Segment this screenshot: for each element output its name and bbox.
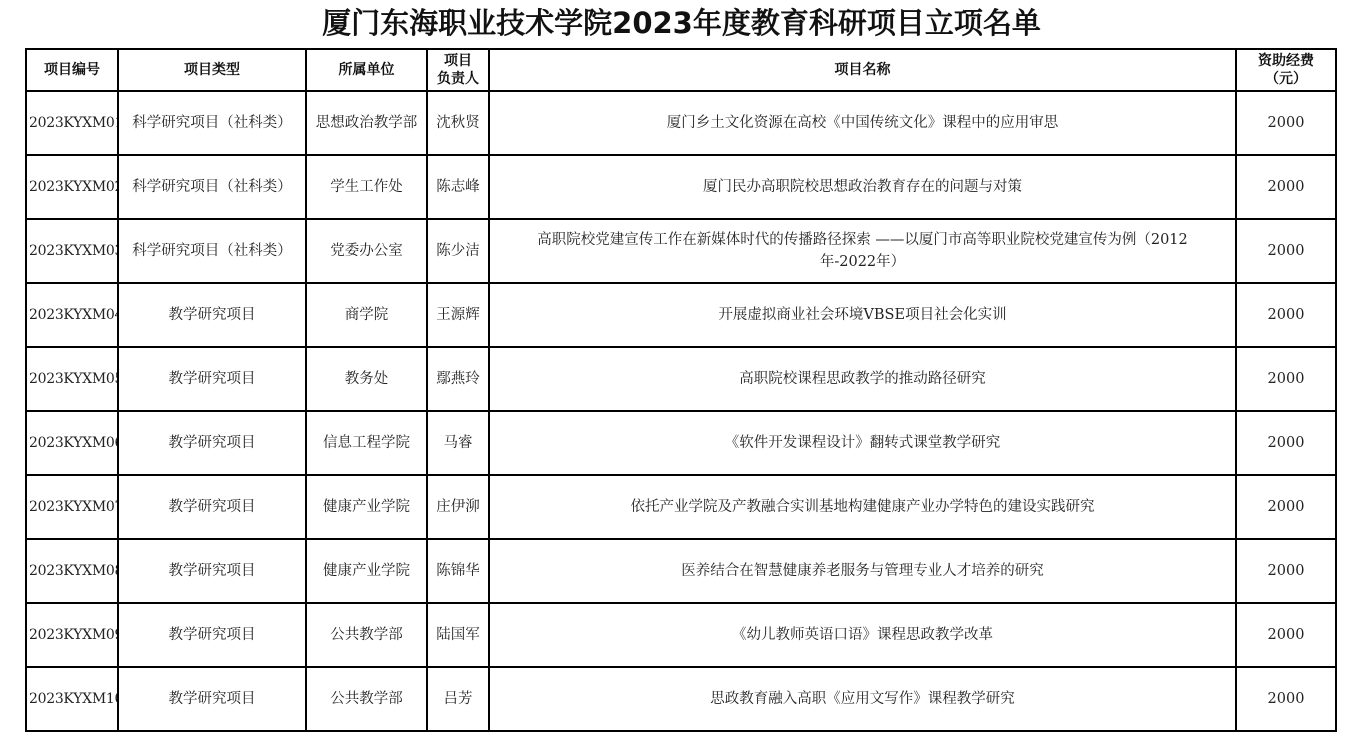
table-row: 2023KYXM07 教学研究项目 健康产业学院 庄伊泖 依托产业学院及产教融合…: [26, 475, 1336, 539]
cell-project-id: 2023KYXM09: [26, 603, 118, 667]
cell-project-id: 2023KYXM08: [26, 539, 118, 603]
cell-unit: 学生工作处: [306, 155, 427, 219]
cell-project-type: 教学研究项目: [118, 411, 306, 475]
cell-project-id: 2023KYXM04: [26, 283, 118, 347]
cell-project-name: 依托产业学院及产教融合实训基地构建健康产业办学特色的建设实践研究: [489, 475, 1236, 539]
table-row: 2023KYXM03 科学研究项目（社科类） 党委办公室 陈少洁 高职院校党建宣…: [26, 219, 1336, 283]
cell-unit: 公共教学部: [306, 603, 427, 667]
table-row: 2023KYXM08 教学研究项目 健康产业学院 陈锦华 医养结合在智慧健康养老…: [26, 539, 1336, 603]
cell-funding: 2000: [1236, 539, 1336, 603]
cell-project-name: 《软件开发课程设计》翻转式课堂教学研究: [489, 411, 1236, 475]
header-leader-line1: 项目: [444, 53, 472, 69]
cell-unit: 信息工程学院: [306, 411, 427, 475]
header-project-id: 项目编号: [26, 49, 118, 91]
cell-project-name: 《幼儿教师英语口语》课程思政教学改革: [489, 603, 1236, 667]
cell-leader: 吕芳: [427, 667, 489, 731]
table-row: 2023KYXM01 科学研究项目（社科类） 思想政治教学部 沈秋贤 厦门乡土文…: [26, 91, 1336, 155]
table-header-row: 项目编号 项目类型 所属单位 项目负责人 项目名称 资助经费（元）: [26, 49, 1336, 91]
cell-unit: 公共教学部: [306, 667, 427, 731]
cell-funding: 2000: [1236, 603, 1336, 667]
project-list-table: 项目编号 项目类型 所属单位 项目负责人 项目名称 资助经费（元） 2023KY…: [25, 48, 1337, 732]
cell-leader: 马睿: [427, 411, 489, 475]
cell-unit: 思想政治教学部: [306, 91, 427, 155]
cell-unit: 健康产业学院: [306, 539, 427, 603]
cell-funding: 2000: [1236, 347, 1336, 411]
header-leader-line2: 负责人: [437, 71, 479, 87]
cell-project-id: 2023KYXM01: [26, 91, 118, 155]
cell-project-name: 厦门民办高职院校思想政治教育存在的问题与对策: [489, 155, 1236, 219]
cell-funding: 2000: [1236, 155, 1336, 219]
cell-funding: 2000: [1236, 667, 1336, 731]
cell-project-name: 高职院校课程思政教学的推动路径研究: [489, 347, 1236, 411]
cell-leader: 陆国军: [427, 603, 489, 667]
cell-leader: 陈少洁: [427, 219, 489, 283]
cell-project-id: 2023KYXM07: [26, 475, 118, 539]
cell-project-id: 2023KYXM06: [26, 411, 118, 475]
cell-funding: 2000: [1236, 475, 1336, 539]
header-unit: 所属单位: [306, 49, 427, 91]
cell-unit: 党委办公室: [306, 219, 427, 283]
cell-leader: 王源辉: [427, 283, 489, 347]
cell-project-name: 高职院校党建宣传工作在新媒体时代的传播路径探索 ——以厦门市高等职业院校党建宣传…: [489, 219, 1236, 283]
cell-project-type: 科学研究项目（社科类）: [118, 219, 306, 283]
header-funding: 资助经费（元）: [1236, 49, 1336, 91]
cell-funding: 2000: [1236, 91, 1336, 155]
cell-project-type: 教学研究项目: [118, 667, 306, 731]
cell-project-name: 开展虚拟商业社会环境VBSE项目社会化实训: [489, 283, 1236, 347]
cell-project-id: 2023KYXM05: [26, 347, 118, 411]
cell-leader: 庄伊泖: [427, 475, 489, 539]
cell-project-type: 教学研究项目: [118, 603, 306, 667]
cell-project-type: 教学研究项目: [118, 475, 306, 539]
cell-project-name: 厦门乡土文化资源在高校《中国传统文化》课程中的应用审思: [489, 91, 1236, 155]
header-funding-line2: （元）: [1265, 71, 1307, 87]
cell-project-id: 2023KYXM10: [26, 667, 118, 731]
cell-leader: 鄢燕玲: [427, 347, 489, 411]
cell-project-type: 教学研究项目: [118, 539, 306, 603]
cell-project-id: 2023KYXM03: [26, 219, 118, 283]
cell-unit: 商学院: [306, 283, 427, 347]
cell-project-type: 教学研究项目: [118, 283, 306, 347]
cell-funding: 2000: [1236, 283, 1336, 347]
cell-leader: 陈锦华: [427, 539, 489, 603]
cell-project-id: 2023KYXM02: [26, 155, 118, 219]
header-project-type: 项目类型: [118, 49, 306, 91]
cell-project-name: 医养结合在智慧健康养老服务与管理专业人才培养的研究: [489, 539, 1236, 603]
table-row: 2023KYXM02 科学研究项目（社科类） 学生工作处 陈志峰 厦门民办高职院…: [26, 155, 1336, 219]
cell-funding: 2000: [1236, 219, 1336, 283]
cell-leader: 陈志峰: [427, 155, 489, 219]
cell-leader: 沈秋贤: [427, 91, 489, 155]
table-row: 2023KYXM10 教学研究项目 公共教学部 吕芳 思政教育融入高职《应用文写…: [26, 667, 1336, 731]
header-project-name: 项目名称: [489, 49, 1236, 91]
table-row: 2023KYXM05 教学研究项目 教务处 鄢燕玲 高职院校课程思政教学的推动路…: [26, 347, 1336, 411]
cell-project-name: 思政教育融入高职《应用文写作》课程教学研究: [489, 667, 1236, 731]
cell-unit: 健康产业学院: [306, 475, 427, 539]
cell-project-type: 科学研究项目（社科类）: [118, 91, 306, 155]
table-row: 2023KYXM09 教学研究项目 公共教学部 陆国军 《幼儿教师英语口语》课程…: [26, 603, 1336, 667]
document-title: 厦门东海职业技术学院2023年度教育科研项目立项名单: [0, 4, 1363, 42]
cell-project-type: 科学研究项目（社科类）: [118, 155, 306, 219]
table-row: 2023KYXM04 教学研究项目 商学院 王源辉 开展虚拟商业社会环境VBSE…: [26, 283, 1336, 347]
header-funding-line1: 资助经费: [1258, 53, 1314, 69]
header-leader: 项目负责人: [427, 49, 489, 91]
table-row: 2023KYXM06 教学研究项目 信息工程学院 马睿 《软件开发课程设计》翻转…: [26, 411, 1336, 475]
cell-unit: 教务处: [306, 347, 427, 411]
cell-project-type: 教学研究项目: [118, 347, 306, 411]
cell-funding: 2000: [1236, 411, 1336, 475]
